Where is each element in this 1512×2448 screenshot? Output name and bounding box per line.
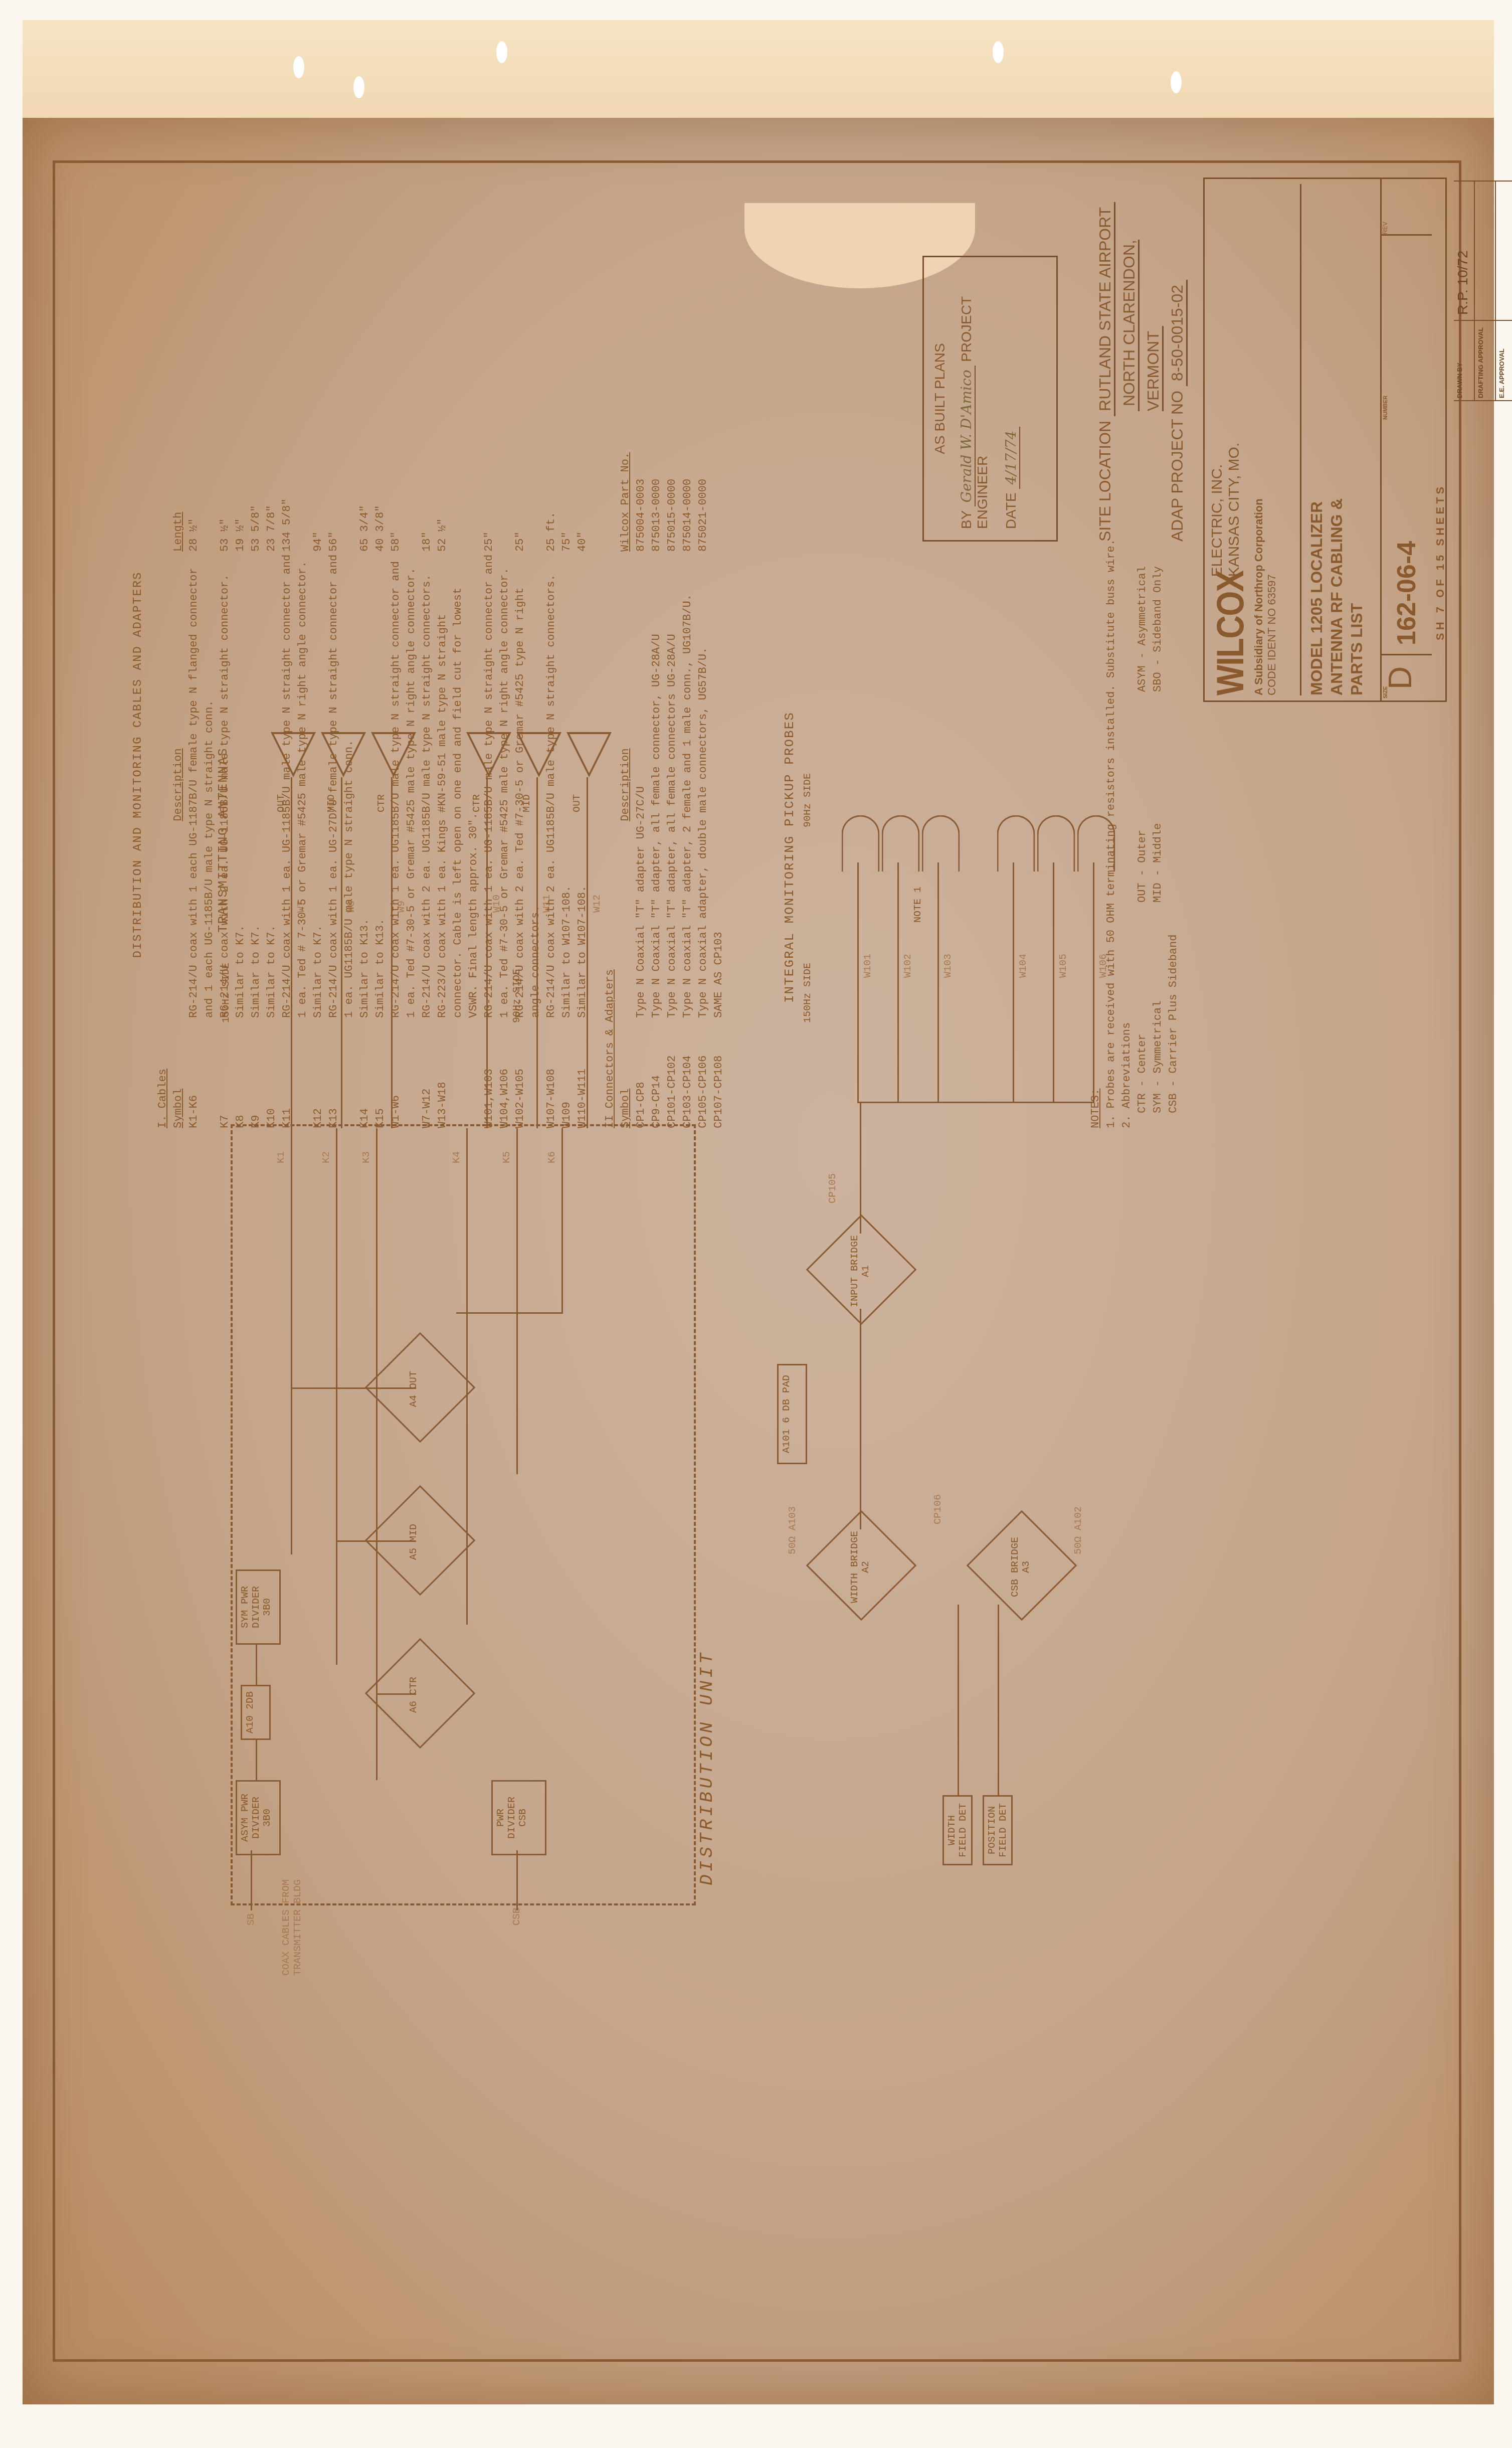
table-row: K1-K6RG-214/U coax with 1 each UG-1187B/… — [186, 401, 217, 1128]
row-description: SAME AS CP103 — [711, 552, 726, 1018]
drawing-size: D — [1382, 654, 1432, 701]
site-location-line2: NORTH CLARENDON, VERMONT — [1120, 240, 1164, 411]
revision-cell: REV — [1382, 179, 1432, 236]
row-description: Type N coaxial adapter, double male conn… — [695, 552, 711, 1018]
punch-hole — [993, 41, 1004, 63]
table-row: W109Similar to W107-108.75" — [559, 401, 575, 1128]
table-row: K14Similar to K13.65 3/4" — [357, 401, 372, 1128]
row-symbol: W109 — [559, 1018, 575, 1128]
col-symbol: Symbol — [618, 1018, 633, 1128]
row-description: Similar to K13. — [357, 552, 372, 1018]
row-symbol: K15 — [372, 1018, 388, 1128]
probe-150hz-side: 150Hz SIDE — [802, 963, 814, 1023]
row-value: 25 ft. — [543, 426, 559, 552]
abbreviation: CSB - Carrier Plus Sideband — [1166, 903, 1181, 1113]
cable-w102: W102 — [902, 954, 914, 978]
table-row: CP1-CP8Type N Coaxial "T" adapter UG-27C… — [633, 401, 649, 1128]
csb-power-divider: PWR DIVIDER CSB — [491, 1780, 546, 1855]
approval-label: DRAWN BY — [1454, 320, 1474, 400]
row-value: 25" — [481, 426, 512, 552]
row-description: Type N coaxial "T" adapter, all female c… — [664, 552, 680, 1018]
col-part-number: Wilcox Part No. — [618, 426, 633, 552]
approval-cell: DRAFTING APPROVAL — [1475, 181, 1496, 401]
table-row: K9Similar to K7.53 5/8" — [248, 401, 264, 1128]
cable-w104: W104 — [1018, 954, 1029, 978]
approval-cell: DRAWN BYR.P. 10/72 — [1454, 181, 1475, 401]
as-built-date: 4/17/74 — [1003, 427, 1020, 489]
approval-label: E.E. APPROVAL — [1496, 320, 1512, 400]
approval-value: R.P. 10/72 — [1454, 245, 1474, 320]
site-info: SITE LOCATION RUTLAND STATE AIRPORT NORT… — [1093, 160, 1189, 542]
site-location-line1: RUTLAND STATE AIRPORT — [1096, 202, 1115, 416]
site-location-label: SITE LOCATION — [1096, 421, 1114, 542]
table-row: K13RG-214/U coax with 1 ea. UG-27D/U fem… — [326, 401, 357, 1128]
sheet-number: SH 7 OF 15 SHEETS — [1434, 484, 1447, 640]
row-symbol: W107-W108 — [543, 1018, 559, 1128]
row-description: Type N Coaxial "T" adapter UG-27C/U — [633, 552, 649, 1018]
table-row: K11RG-214/U coax with 1 ea. UG-1185B/U m… — [279, 401, 310, 1128]
row-description: Type N coaxial "T" adapter, 2 female and… — [680, 552, 695, 1018]
abbreviation — [1166, 692, 1181, 903]
width-bridge-label: WIDTH BRIDGE A2 — [850, 1529, 872, 1605]
probe-2-icon — [882, 815, 920, 872]
punch-hole — [293, 56, 304, 78]
table-row: W1-W6RG-214/U coax with 1 ea. UG1185B/U … — [388, 401, 419, 1128]
abbreviation: MID - Middle — [1150, 692, 1166, 903]
probe-1-icon — [842, 815, 880, 872]
row-value: 19 ½" — [233, 426, 248, 552]
row-value: 94" — [310, 426, 326, 552]
cable-k2: K2 — [321, 1151, 332, 1163]
row-description: RG-214/U coax with 2 ea. Ted #7-30-5 or … — [512, 552, 543, 1018]
company-suffix: ELECTRIC, INC. — [1209, 464, 1225, 577]
row-description: RG-214/U coax with 1 ea. UG-27D/U female… — [326, 552, 357, 1018]
rotated-drawing-content: DISTRIBUTION UNIT COAX CABLES FROM TRANS… — [55, 160, 1459, 2357]
width-field-detector: WIDTH FIELD DET — [942, 1795, 973, 1865]
connectors-header-row: Symbol Description Wilcox Part No. — [618, 401, 633, 1128]
row-value: 53 ½" — [217, 426, 233, 552]
drawing-title-line3: PARTS LIST — [1347, 184, 1367, 695]
code-ident: CODE IDENT NO 63597 — [1265, 184, 1278, 695]
col-symbol: Symbol — [170, 1018, 186, 1128]
row-value: 875004-0003 — [633, 426, 649, 552]
abbreviation: CTR - Center — [1135, 903, 1150, 1113]
probe-3-icon — [922, 815, 960, 872]
term-a102: 50Ω A102 — [1073, 1506, 1084, 1554]
row-value: 56" — [326, 426, 357, 552]
row-symbol: W101,W103 W104,W106 — [481, 1018, 512, 1128]
pad-a10: A10 2DB — [241, 1685, 271, 1740]
row-value: 28 ½" — [186, 426, 217, 552]
bridge-a6-label: A6 CTR — [409, 1657, 420, 1732]
sym-power-divider: SYM PWR DIVIDER 3B0 — [236, 1569, 281, 1645]
row-value: 875014-0000 — [680, 426, 695, 552]
row-description: Similar to K7. — [310, 552, 326, 1018]
project-no-label: ADAP PROJECT NO — [1168, 391, 1186, 542]
approval-cell: E.E. APPROVAL — [1496, 181, 1512, 401]
row-symbol: K7 — [217, 1018, 233, 1128]
row-symbol: K9 — [248, 1018, 264, 1128]
row-value: 40" — [575, 426, 590, 552]
cable-k1: K1 — [276, 1151, 287, 1163]
probe-4-icon — [997, 815, 1035, 872]
row-description: RG-214/U coax with 2 ea. UG1185B/U male … — [543, 552, 559, 1018]
row-description: Similar to K7. — [264, 552, 279, 1018]
row-description: Similar to W107-108. — [575, 552, 590, 1018]
row-symbol: CP101-CP102 — [664, 1018, 680, 1128]
cable-k5: K5 — [501, 1151, 513, 1163]
row-value: 134 5/8" — [279, 426, 310, 552]
cable-k3: K3 — [361, 1151, 372, 1163]
row-description: Similar to K7. — [248, 552, 264, 1018]
distribution-unit-enclosure — [231, 1124, 696, 1905]
as-built-title: AS BUILT PLANS — [932, 268, 948, 529]
row-symbol: W13-W18 — [435, 1018, 481, 1128]
table-row: W110-W111Similar to W107-108.40" — [575, 401, 590, 1128]
row-description: RG-214/U coax with 1 ea. UG-1185B/U male… — [279, 552, 310, 1018]
distribution-unit-label: DISTRIBUTION UNIT — [697, 1650, 717, 1885]
abbreviation: SYM - Symmetrical — [1150, 903, 1166, 1113]
approval-value — [1475, 310, 1495, 320]
row-description: Similar to K13. — [372, 552, 388, 1018]
row-description: Similar to W107-108. — [559, 552, 575, 1018]
row-description: RG-214/U coax with 2 ea. UG-1185B/U male… — [217, 552, 233, 1018]
col-description: Description — [618, 552, 633, 1018]
connectors-heading: II Connectors & Adapters — [602, 401, 618, 1128]
row-symbol: W102-W105 — [512, 1018, 543, 1128]
monitoring-probes-title: INTEGRAL MONITORING PICKUP PROBES — [782, 712, 797, 1003]
table-row: W13-W18RG-223/U coax with 1 ea. Kings #K… — [435, 401, 481, 1128]
row-value: 52 ½" — [435, 426, 481, 552]
drawing-title-line2: ANTENNA RF CABLING & — [1327, 184, 1347, 695]
table-row: CP105-CP106Type N coaxial adapter, doubl… — [695, 401, 711, 1128]
row-value: 58" — [388, 426, 419, 552]
table-row: K15Similar to K13.40 3/8" — [372, 401, 388, 1128]
title-block: WILCOX ELECTRIC, INC.KANSAS CITY, MO. A … — [1203, 178, 1447, 702]
drawing-title-line1: MODEL 1205 LOCALIZER — [1306, 184, 1327, 695]
engineer-signature: Gerald W. D'Amico — [958, 366, 976, 506]
row-description: Similar to K7. — [233, 552, 248, 1018]
company-subsidiary: A Subsidiary of Northrop Corporation — [1252, 184, 1265, 695]
row-symbol: K11 — [279, 1018, 310, 1128]
row-symbol: W110-W111 — [575, 1018, 590, 1128]
adapter-cp106: CP106 — [932, 1494, 944, 1524]
probe-note: NOTE 1 — [912, 887, 924, 923]
rev-label: REV — [1382, 222, 1389, 234]
table-row: K7RG-214/U coax with 2 ea. UG-1185B/U ma… — [217, 401, 233, 1128]
drawing-number-block: SIZE D NUMBER 162-06-4 REV SH 7 OF 15 SH… — [1380, 179, 1447, 701]
row-description: RG-214/U coax with 1 each UG-1187B/U fem… — [186, 552, 217, 1018]
table-row: W7-W12RG-214/U coax with 2 ea. UG1185B/U… — [419, 401, 435, 1128]
row-symbol: K1-K6 — [186, 1018, 217, 1128]
row-value: 875021-0000 — [695, 426, 711, 552]
row-value: 53 5/8" — [248, 426, 264, 552]
table-row: CP103-CP104Type N coaxial "T" adapter, 2… — [680, 401, 695, 1128]
punch-hole — [1171, 71, 1182, 93]
table-row: W101,W103 W104,W106RG-214/U coax with 1 … — [481, 401, 512, 1128]
row-symbol: CP107-CP108 — [711, 1018, 726, 1128]
table-row: CP107-CP108SAME AS CP103 — [711, 401, 726, 1128]
company-logo: WILCOX — [1209, 571, 1252, 695]
col-length: Length — [170, 426, 186, 552]
approval-value — [1496, 310, 1512, 320]
feed-port-sb: SB — [246, 1913, 257, 1926]
probe-5-icon — [1037, 815, 1075, 872]
project-no-value: 8-50-0015-02 — [1168, 280, 1188, 386]
row-value: 875015-0000 — [664, 426, 680, 552]
row-description: RG-214/U coax with 1 ea. UG1185B/U male … — [388, 552, 419, 1018]
row-symbol: CP105-CP106 — [695, 1018, 711, 1128]
row-symbol: K13 — [326, 1018, 357, 1128]
probe-90hz-side: 90Hz SIDE — [802, 773, 814, 827]
as-built-stamp: AS BUILT PLANS BY Gerald W. D'Amico PROJ… — [922, 256, 1058, 542]
abbreviation: OUT - Outer — [1135, 692, 1150, 903]
feed-label: COAX CABLES FROM TRANSMITTER BLDG — [281, 1845, 304, 1976]
row-symbol: K10 — [264, 1018, 279, 1128]
input-bridge-label: INPUT BRIDGE A1 — [850, 1234, 872, 1309]
table-row: CP101-CP102Type N coaxial "T" adapter, a… — [664, 401, 680, 1128]
table-row: K10Similar to K7.23 7/8" — [264, 401, 279, 1128]
asym-power-divider: ASYM PWR DIVIDER 3B0 — [236, 1780, 281, 1855]
row-description: RG-214/U coax with 1 ea. UG-1185B/U male… — [481, 552, 512, 1018]
cable-w101: W101 — [862, 954, 874, 978]
parts-list-title: DISTRIBUTION AND MONITORING CABLES AND A… — [130, 401, 146, 1128]
row-description: RG-214/U coax with 2 ea. UG1185B/U male … — [419, 552, 435, 1018]
date-label: DATE — [1003, 492, 1019, 529]
drawing-title: MODEL 1205 LOCALIZER ANTENNA RF CABLING … — [1300, 184, 1367, 695]
approval-label: DRAFTING APPROVAL — [1475, 320, 1495, 400]
row-value: 40 3/8" — [372, 426, 388, 552]
position-field-detector: POSITION FIELD DET — [983, 1795, 1013, 1865]
row-description: RG-223/U coax with 1 ea. Kings #KN-59-51… — [435, 552, 481, 1018]
cable-k4: K4 — [451, 1151, 463, 1163]
row-value: 23 7/8" — [264, 426, 279, 552]
number-label: NUMBER — [1383, 396, 1389, 420]
cables-heading: I. Cables — [155, 401, 170, 1128]
cable-w103: W103 — [942, 954, 954, 978]
table-row: W107-W108RG-214/U coax with 2 ea. UG1185… — [543, 401, 559, 1128]
cable-w105: W105 — [1058, 954, 1069, 978]
row-value: 75" — [559, 426, 575, 552]
table-row: K12Similar to K7.94" — [310, 401, 326, 1128]
table-row: CP9-CP14Type N Coaxial "T" adapter, all … — [649, 401, 664, 1128]
row-symbol: CP9-CP14 — [649, 1018, 664, 1128]
company-block: WILCOX ELECTRIC, INC.KANSAS CITY, MO. A … — [1209, 184, 1278, 695]
approval-cells: DRAWN BYR.P. 10/72DRAFTING APPROVALE.E. … — [1454, 181, 1512, 401]
by-label: BY — [959, 510, 974, 529]
parts-list: DISTRIBUTION AND MONITORING CABLES AND A… — [130, 401, 726, 1128]
drawing-number: 162-06-4 — [1392, 541, 1422, 645]
punch-hole — [496, 41, 507, 63]
punch-hole — [353, 76, 364, 98]
row-value: 875013-0000 — [649, 426, 664, 552]
company-city: KANSAS CITY, MO. — [1226, 443, 1242, 577]
connectors-table-body: CP1-CP8Type N Coaxial "T" adapter UG-27C… — [633, 401, 726, 1128]
bridge-a4-label: A4 OUT — [409, 1351, 420, 1427]
table-row: K8Similar to K7.19 ½" — [233, 401, 248, 1128]
row-symbol: W7-W12 — [419, 1018, 435, 1128]
row-symbol: K8 — [233, 1018, 248, 1128]
bridge-a5-label: A5 MID — [409, 1504, 420, 1580]
row-symbol: W1-W6 — [388, 1018, 419, 1128]
col-description: Description — [170, 552, 186, 1018]
cable-k6: K6 — [546, 1151, 558, 1163]
csb-bridge-label: CSB BRIDGE A3 — [1010, 1529, 1032, 1605]
row-value: 18" — [419, 426, 435, 552]
row-symbol: CP1-CP8 — [633, 1018, 649, 1128]
row-value: 65 3/4" — [357, 426, 372, 552]
row-description: Type N Coaxial "T" adapter, all female c… — [649, 552, 664, 1018]
drawing-sheet: DISTRIBUTION UNIT COAX CABLES FROM TRANS… — [23, 118, 1494, 2404]
row-symbol: CP103-CP104 — [680, 1018, 695, 1128]
table-row: W102-W105RG-214/U coax with 2 ea. Ted #7… — [512, 401, 543, 1128]
row-symbol: K12 — [310, 1018, 326, 1128]
term-a103: 50Ω A103 — [787, 1506, 799, 1554]
row-value — [711, 426, 726, 552]
cables-table-body: K1-K6RG-214/U coax with 1 each UG-1187B/… — [186, 401, 590, 1128]
adapter-cp105: CP105 — [827, 1173, 839, 1203]
row-value: 25" — [512, 426, 543, 552]
cables-header-row: Symbol Description Length — [170, 401, 186, 1128]
row-symbol: K14 — [357, 1018, 372, 1128]
pad-a101: A101 6 DB PAD — [777, 1364, 807, 1464]
